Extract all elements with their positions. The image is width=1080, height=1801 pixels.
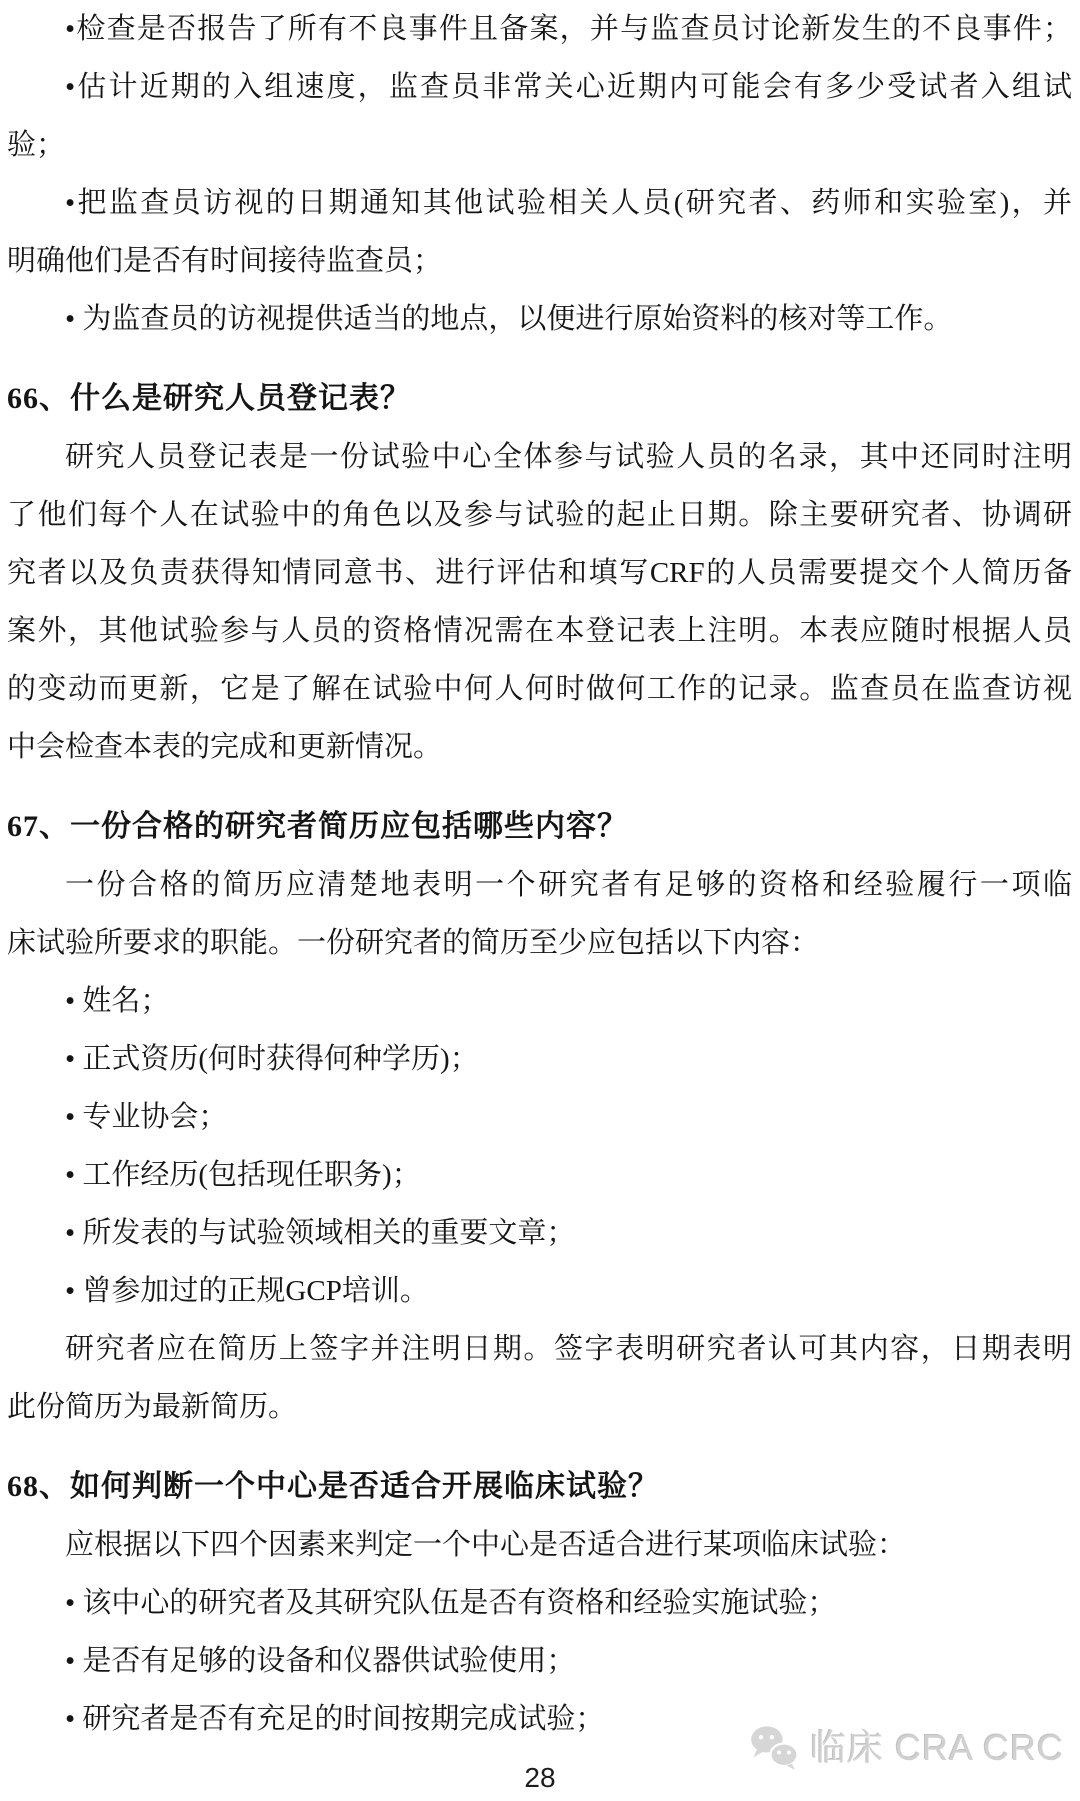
document-body: •检查是否报告了所有不良事件且备案，并与监查员讨论新发生的不良事件； •估计近期…	[0, 0, 1080, 1748]
text-line: 的变动而更新，它是了解在试验中何人何时做何工作的记录。监查员在监查访视	[7, 660, 1072, 718]
text-line: 验；	[7, 116, 1072, 174]
text-line: 此份简历为最新简历。	[7, 1378, 1072, 1436]
text-line: 床试验所要求的职能。一份研究者的简历至少应包括以下内容：	[7, 914, 1072, 972]
bullet-line: •检查是否报告了所有不良事件且备案，并与监查员讨论新发生的不良事件；	[7, 0, 1072, 58]
question-heading-68: 68、如何判断一个中心是否适合开展临床试验？	[7, 1458, 1072, 1516]
text-line: 应根据以下四个因素来判定一个中心是否适合进行某项临床试验：	[7, 1516, 1072, 1574]
bullet-line: • 正式资历(何时获得何种学历)；	[7, 1030, 1072, 1088]
bullet-line: •把监查员访视的日期通知其他试验相关人员(研究者、药师和实验室)，并	[7, 174, 1072, 232]
text-line: 一份合格的简历应清楚地表明一个研究者有足够的资格和经验履行一项临	[7, 856, 1072, 914]
question-heading-67: 67、一份合格的研究者简历应包括哪些内容？	[7, 798, 1072, 856]
question-heading-66: 66、什么是研究人员登记表？	[7, 370, 1072, 428]
bullet-line: • 工作经历(包括现任职务)；	[7, 1146, 1072, 1204]
bullet-line: •估计近期的入组速度，监查员非常关心近期内可能会有多少受试者入组试	[7, 58, 1072, 116]
bullet-line: • 专业协会；	[7, 1088, 1072, 1146]
text-line: 研究者应在简历上签字并注明日期。签字表明研究者认可其内容，日期表明	[7, 1320, 1072, 1378]
document-page: •检查是否报告了所有不良事件且备案，并与监查员讨论新发生的不良事件； •估计近期…	[0, 0, 1080, 1801]
text-line: 中会检查本表的完成和更新情况。	[7, 718, 1072, 776]
bullet-line: • 是否有足够的设备和仪器供试验使用；	[7, 1632, 1072, 1690]
bullet-line: • 所发表的与试验领域相关的重要文章；	[7, 1204, 1072, 1262]
page-number: 28	[0, 1762, 1080, 1794]
bullet-line: • 该中心的研究者及其研究队伍是否有资格和经验实施试验；	[7, 1574, 1072, 1632]
bullet-line: • 曾参加过的正规GCP培训。	[7, 1262, 1072, 1320]
text-line: 案外，其他试验参与人员的资格情况需在本登记表上注明。本表应随时根据人员	[7, 602, 1072, 660]
bullet-line: • 姓名；	[7, 972, 1072, 1030]
text-line: 了他们每个人在试验中的角色以及参与试验的起止日期。除主要研究者、协调研	[7, 486, 1072, 544]
text-line: 明确他们是否有时间接待监查员；	[7, 232, 1072, 290]
text-line: 究者以及负责获得知情同意书、进行评估和填写CRF的人员需要提交个人简历备	[7, 544, 1072, 602]
text-line: 研究人员登记表是一份试验中心全体参与试验人员的名录，其中还同时注明	[7, 428, 1072, 486]
bullet-line: • 为监查员的访视提供适当的地点，以便进行原始资料的核对等工作。	[7, 290, 1072, 348]
